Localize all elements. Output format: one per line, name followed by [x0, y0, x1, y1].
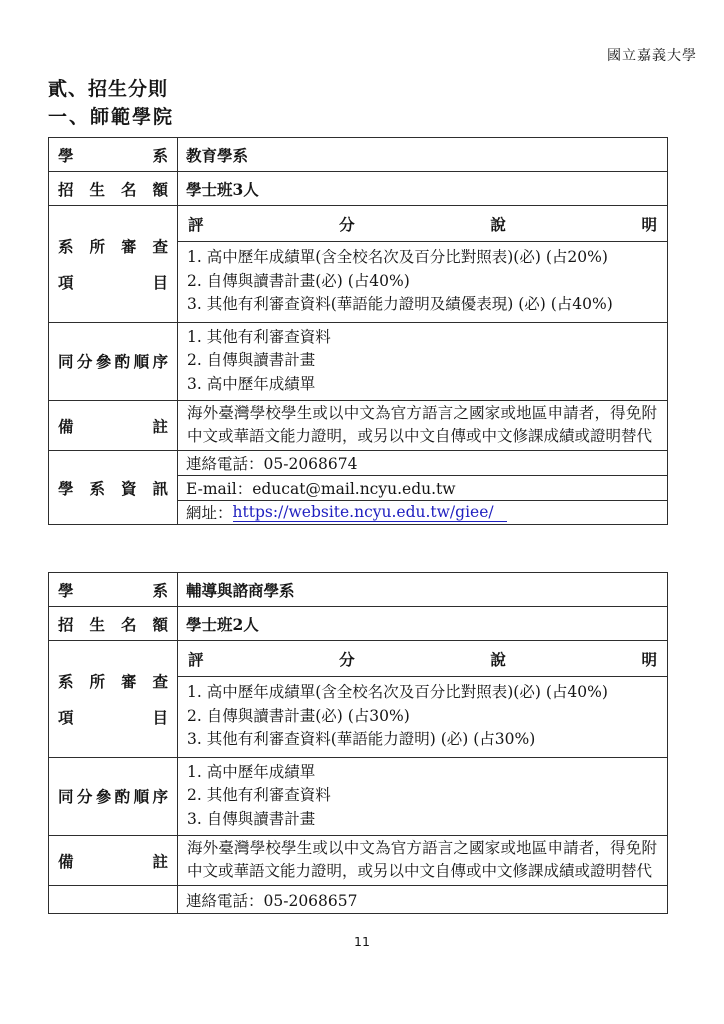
page-number: 11 [0, 934, 724, 949]
quota-row: 招生名額 學士班3人 [49, 171, 667, 205]
review-criteria-row: 系所審查 項目 評分說明 1. 高中歷年成績單(含全校名次及百分比對照表)(必)… [49, 205, 667, 322]
website-line: 網址： https://website.ncyu.edu.tw/giee/ [178, 500, 667, 525]
tiebreak-items-list: 1. 高中歷年成績單 2. 其他有利審查資料 3. 自傳與讀書計畫 [178, 758, 667, 836]
quota-label: 招生名額 [49, 607, 178, 640]
department-row: 學系 教育學系 [49, 138, 667, 171]
remarks-text: 海外臺灣學校學生或以中文為官方語言之國家或地區申請者，得免附中文或華語文能力證明… [178, 836, 667, 885]
review-item: 2. 自傳與讀書計畫(必) (占30%) [187, 705, 659, 729]
tiebreak-item: 3. 高中歷年成績單 [187, 373, 659, 397]
document-page: 國立嘉義大學 貳、招生分則 一、師範學院 學系 教育學系 招生名額 學士班3人 … [0, 0, 724, 1024]
department-info-row: 連絡電話：05-2068657 [49, 885, 667, 913]
tiebreak-row: 同分參酌順序 1. 其他有利審查資料 2. 自傳與讀書計畫 3. 高中歷年成績單 [49, 322, 667, 401]
scoring-header: 評分說明 [178, 641, 667, 677]
admission-table-education: 學系 教育學系 招生名額 學士班3人 系所審查 項目 評分說明 [48, 137, 668, 525]
department-value: 教育學系 [178, 143, 667, 167]
quota-value: 學士班2人 [178, 612, 667, 636]
tiebreak-items-list: 1. 其他有利審查資料 2. 自傳與讀書計畫 3. 高中歷年成績單 [178, 323, 667, 401]
admission-table-counseling: 學系 輔導與諮商學系 招生名額 學士班2人 系所審查 項目 評分說明 [48, 572, 668, 914]
tiebreak-item: 1. 其他有利審查資料 [187, 326, 659, 350]
review-item: 3. 其他有利審查資料(華語能力證明) (必) (占30%) [187, 728, 659, 752]
review-criteria-label: 系所審查 項目 [49, 641, 178, 757]
phone-line: 連絡電話：05-2068657 [178, 887, 667, 913]
department-value: 輔導與諮商學系 [178, 578, 667, 602]
quota-value: 學士班3人 [178, 177, 667, 201]
quota-label: 招生名額 [49, 172, 178, 205]
tiebreak-item: 1. 高中歷年成績單 [187, 761, 659, 785]
remarks-row: 備註 海外臺灣學校學生或以中文為官方語言之國家或地區申請者，得免附中文或華語文能… [49, 835, 667, 885]
review-items-list: 1. 高中歷年成績單(含全校名次及百分比對照表)(必) (占20%) 2. 自傳… [178, 242, 667, 322]
department-info-row: 學系資訊 連絡電話：05-2068674 E-mail：educat@mail.… [49, 450, 667, 524]
website-label: 網址： [186, 501, 233, 523]
remarks-text: 海外臺灣學校學生或以中文為官方語言之國家或地區申請者，得免附中文或華語文能力證明… [178, 401, 667, 450]
department-info-label-empty [49, 886, 178, 913]
tiebreak-item: 2. 自傳與讀書計畫 [187, 349, 659, 373]
review-criteria-label: 系所審查 項目 [49, 206, 178, 322]
remarks-label: 備註 [49, 836, 178, 885]
remarks-row: 備註 海外臺灣學校學生或以中文為官方語言之國家或地區申請者，得免附中文或華語文能… [49, 400, 667, 450]
subsection-title: 一、師範學院 [48, 102, 174, 129]
tiebreak-label: 同分參酌順序 [49, 323, 178, 401]
review-item: 3. 其他有利審查資料(華語能力證明及績優表現) (必) (占40%) [187, 293, 659, 317]
review-item: 2. 自傳與讀書計畫(必) (占40%) [187, 270, 659, 294]
review-criteria-row: 系所審查 項目 評分說明 1. 高中歷年成績單(含全校名次及百分比對照表)(必)… [49, 640, 667, 757]
review-item: 1. 高中歷年成績單(含全校名次及百分比對照表)(必) (占40%) [187, 681, 659, 705]
tiebreak-item: 2. 其他有利審查資料 [187, 784, 659, 808]
email-line: E-mail：educat@mail.ncyu.edu.tw [178, 475, 667, 500]
review-items-list: 1. 高中歷年成績單(含全校名次及百分比對照表)(必) (占40%) 2. 自傳… [178, 677, 667, 757]
tiebreak-label: 同分參酌順序 [49, 758, 178, 836]
department-label: 學系 [49, 138, 178, 171]
tiebreak-item: 3. 自傳與讀書計畫 [187, 808, 659, 832]
quota-row: 招生名額 學士班2人 [49, 606, 667, 640]
scoring-header: 評分說明 [178, 206, 667, 242]
department-info-label: 學系資訊 [49, 451, 178, 524]
department-label: 學系 [49, 573, 178, 606]
review-item: 1. 高中歷年成績單(含全校名次及百分比對照表)(必) (占20%) [187, 246, 659, 270]
phone-line: 連絡電話：05-2068674 [178, 451, 667, 475]
remarks-label: 備註 [49, 401, 178, 450]
website-link[interactable]: https://website.ncyu.edu.tw/giee/ [233, 503, 507, 522]
tiebreak-row: 同分參酌順序 1. 高中歷年成績單 2. 其他有利審查資料 3. 自傳與讀書計畫 [49, 757, 667, 836]
university-header: 國立嘉義大學 [607, 45, 697, 65]
section-title: 貳、招生分則 [48, 74, 168, 101]
department-row: 學系 輔導與諮商學系 [49, 573, 667, 606]
